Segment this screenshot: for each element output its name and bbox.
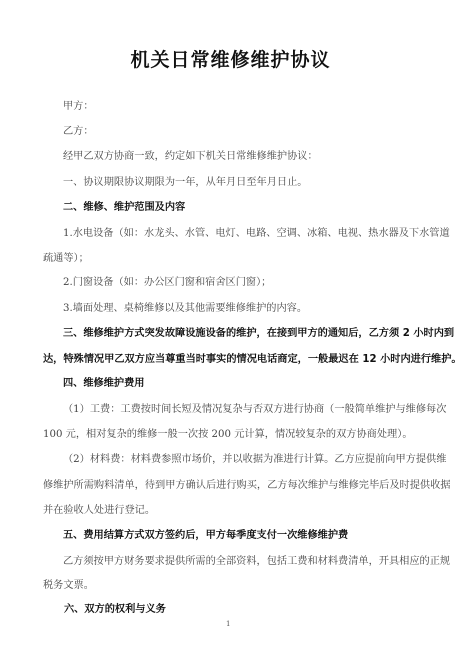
material-fee-line: （2）材料费：材料费参照市场价，并以收据为准进行计算。乙方应提前向甲方提供维 — [63, 453, 446, 467]
material-fee-cont-2: 并在验收人处进行登记。 — [43, 504, 155, 518]
section-heading-5: 五、费用结算方式双方签约后，甲方每季度支付一次维修维护费 — [63, 529, 348, 543]
page-number: 1 — [226, 620, 230, 628]
section-heading-2: 二、维修、维护范围及内容 — [63, 201, 185, 215]
section-3-cont: 达，特殊情况甲乙双方应当尊重当时事实的情况电话商定，一般最迟在 12 小时内进行… — [43, 353, 461, 367]
term-clause: 一、协议期限协议期限为一年，从年月日至年月日止。 — [63, 176, 308, 190]
section-heading-3: 三、维修维护方式突发故障设施设备的维护，在接到甲方的通知后，乙方须 2 小时内到 — [63, 327, 454, 341]
scope-item-1-cont: 疏通等）； — [43, 252, 89, 266]
labor-fee-line: （1）工费：工费按时间长短及情况复杂与否双方进行协商（一般简单维护与维修每次 — [63, 403, 446, 417]
party-a-line: 甲方： — [63, 100, 94, 114]
settlement-cont: 税务文票。 — [43, 579, 94, 593]
document-title: 机关日常维修维护协议 — [0, 45, 461, 72]
section-heading-6: 六、双方的权利与义务 — [64, 603, 166, 617]
labor-fee-cont: 100 元，相对复杂的维修一般一次按 200 元计算，情况较复杂的双方协商处理）… — [43, 428, 413, 442]
scope-item-2: 2.门窗设备（如：办公区门窗和宿舍区门窗）； — [63, 276, 271, 290]
scope-item-1: 1.水电设备（如：水龙头、水管、电灯、电路、空调、冰箱、电视、热水器及下水管道 — [63, 227, 450, 241]
scope-item-3: 3.墙面处理、桌椅维修以及其他需要维修维护的内容。 — [63, 302, 307, 316]
material-fee-cont-1: 修维护所需购料清单，待到甲方确认后进行购买，乙方每次维护与维修完毕后及时提供收据 — [43, 479, 451, 493]
preamble-line: 经甲乙双方协商一致，约定如下机关日常维修维护协议： — [63, 150, 318, 164]
section-heading-4: 四、维修维护费用 — [63, 377, 145, 391]
settlement-line: 乙方须按甲方财务要求提供所需的全部资料，包括工费和材料费清单，开具相应的正规 — [63, 555, 450, 569]
party-b-line: 乙方： — [63, 125, 94, 139]
